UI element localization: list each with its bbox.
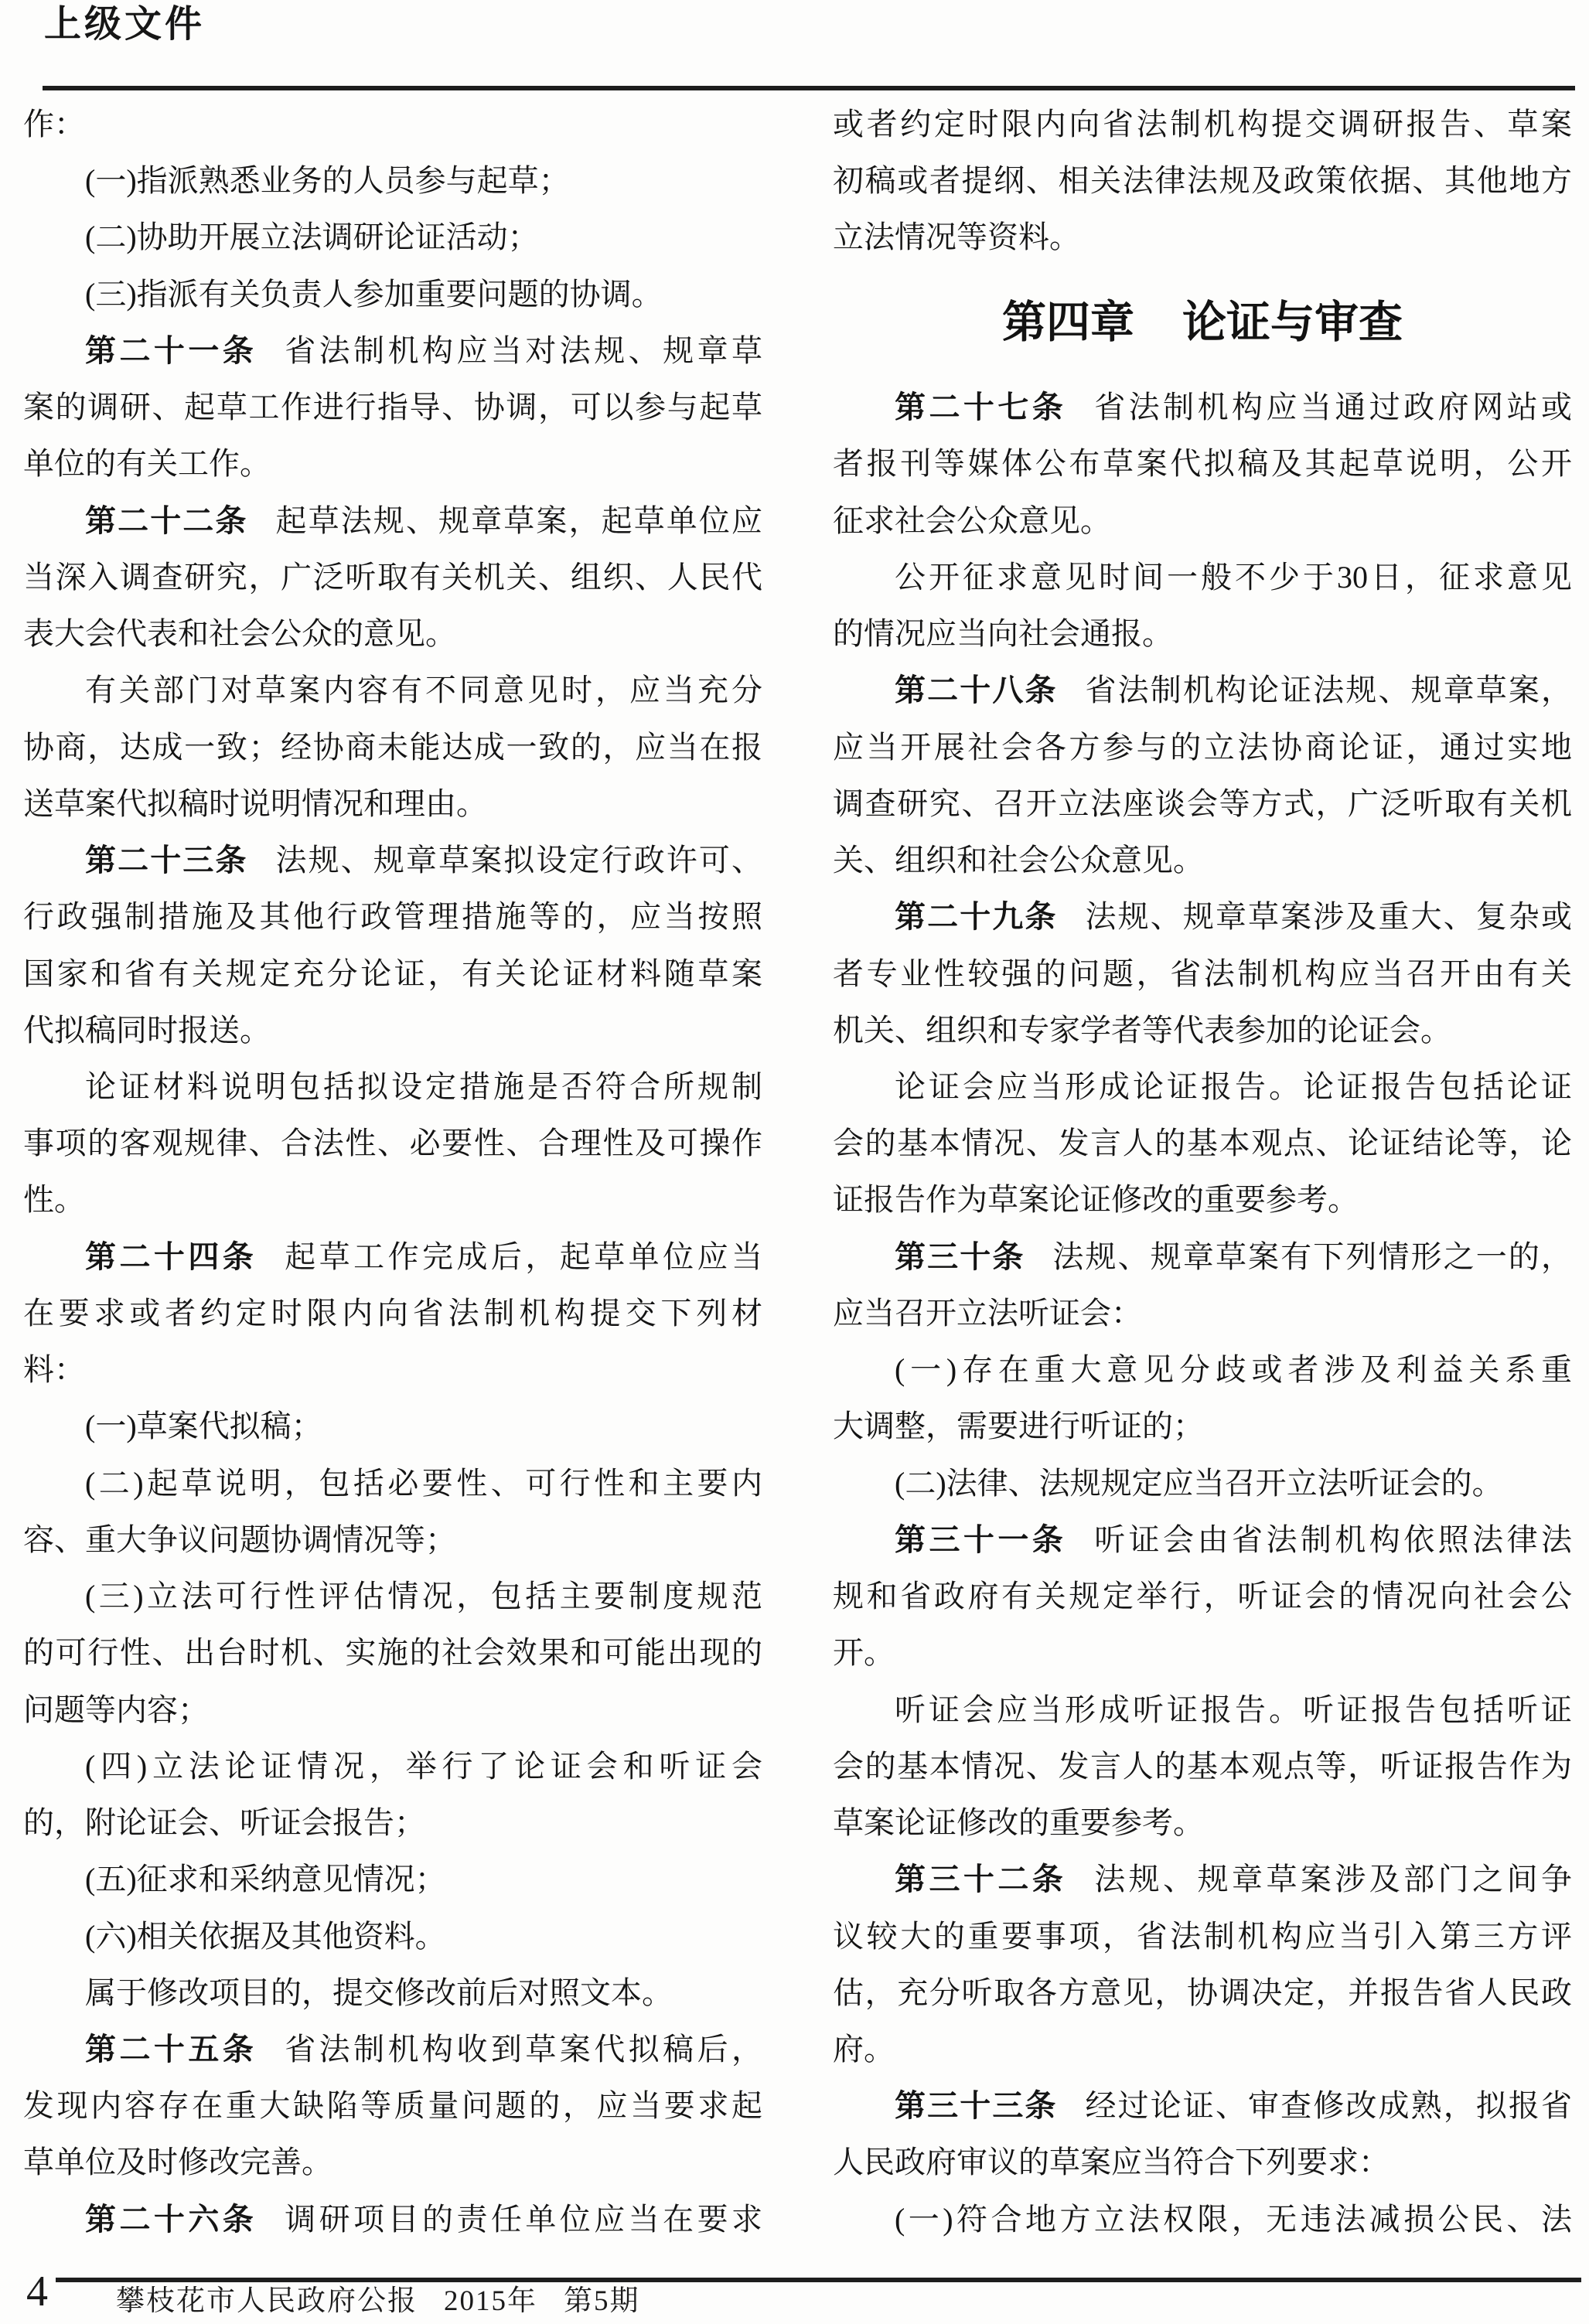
text-line: 开。 xyxy=(833,1624,1572,1681)
line-text: 会的基本情况、发言人的基本观点等，听证报告作为 xyxy=(833,1749,1572,1784)
line-text: (一)符合地方立法权限，无违法减损公民、法 xyxy=(895,2202,1572,2237)
line-text: 者专业性较强的问题，省法制机构应当召开由有关 xyxy=(833,956,1572,991)
text-line: 料： xyxy=(23,1341,762,1398)
left-column: 作：(一)指派熟悉业务的人员参与起草；(二)协助开展立法调研论证活动；(三)指派… xyxy=(23,96,762,2247)
line-text: 论证会应当形成论证报告。论证报告包括论证 xyxy=(895,1069,1572,1104)
line-text: 应当召开立法听证会： xyxy=(833,1296,1142,1331)
article-number: 第三十二条 xyxy=(895,1862,1094,1896)
article-number: 第三十条 xyxy=(895,1240,1052,1274)
line-text: 大调整，需要进行听证的； xyxy=(833,1409,1204,1443)
line-text: 征求社会公众意见。 xyxy=(833,503,1111,538)
line-text: 有关部门对草案内容有不同意见时，应当充分 xyxy=(85,673,762,707)
text-line: 草单位及时修改完善。 xyxy=(23,2134,762,2190)
line-text: 作： xyxy=(23,107,85,141)
text-line: 案的调研、起草工作进行指导、协调，可以参与起草 xyxy=(23,379,762,435)
line-text: 容、重大争议问题协调情况等； xyxy=(23,1522,456,1557)
article-number: 第二十四条 xyxy=(85,1240,285,1274)
text-line: 第三十条法规、规章草案有下列情形之一的， xyxy=(833,1228,1572,1285)
page-header-title: 上级文件 xyxy=(44,5,205,46)
text-line: 应当召开立法听证会： xyxy=(833,1285,1572,1341)
text-line: (二)协助开展立法调研论证活动； xyxy=(23,209,762,265)
text-line: 草案论证修改的重要参考。 xyxy=(833,1794,1572,1851)
text-line: 第二十五条省法制机构收到草案代拟稿后， xyxy=(23,2021,762,2077)
line-text: 发现内容存在重大缺陷等质量问题的，应当要求起 xyxy=(23,2088,762,2123)
text-line: 机关、组织和专家学者等代表参加的论证会。 xyxy=(833,1002,1572,1058)
footer-year: 2015年 xyxy=(444,2285,537,2317)
line-text: 案的调研、起草工作进行指导、协调，可以参与起草 xyxy=(23,390,762,424)
text-line: 大调整，需要进行听证的； xyxy=(833,1398,1572,1454)
text-line: 的，附论证会、听证会报告； xyxy=(23,1794,762,1851)
line-text: 开。 xyxy=(833,1635,895,1670)
line-text: 初稿或者提纲、相关法律法规及政策依据、其他地方 xyxy=(833,163,1572,198)
line-text: 关、组织和社会公众意见。 xyxy=(833,843,1204,877)
right-column: 或者约定时限内向省法制机构提交调研报告、草案初稿或者提纲、相关法律法规及政策依据… xyxy=(833,96,1572,2247)
text-line: 当深入调查研究，广泛听取有关机关、组织、人民代 xyxy=(23,549,762,605)
line-text: 调研项目的责任单位应当在要求 xyxy=(285,2202,762,2237)
footer-publication-name: 攀枝花市人民政府公报 xyxy=(116,2285,418,2317)
line-text: 性。 xyxy=(23,1182,85,1217)
text-line: 第二十四条起草工作完成后，起草单位应当 xyxy=(23,1228,762,1285)
text-line: 者专业性较强的问题，省法制机构应当召开由有关 xyxy=(833,946,1572,1002)
line-text: (三)指派有关负责人参加重要问题的协调。 xyxy=(85,277,663,312)
line-text: 草单位及时修改完善。 xyxy=(23,2145,332,2179)
header-rule xyxy=(43,86,1575,90)
line-text: 草案论证修改的重要参考。 xyxy=(833,1805,1204,1840)
line-text: 问题等内容； xyxy=(23,1692,209,1727)
text-line: (一)草案代拟稿； xyxy=(23,1398,762,1454)
text-line: 证报告作为草案论证修改的重要参考。 xyxy=(833,1171,1572,1228)
text-line: 作： xyxy=(23,96,762,152)
line-text: 料： xyxy=(23,1352,85,1387)
text-line: (二)法律、法规规定应当召开立法听证会的。 xyxy=(833,1455,1572,1511)
text-line: 人民政府审议的草案应当符合下列要求： xyxy=(833,2134,1572,2190)
text-line: (五)征求和采纳意见情况； xyxy=(23,1851,762,1907)
line-text: 规和省政府有关规定举行，听证会的情况向社会公 xyxy=(833,1579,1572,1614)
text-line: (三)立法可行性评估情况，包括主要制度规范 xyxy=(23,1568,762,1624)
line-text: 省法制机构论证法规、规章草案， xyxy=(1086,673,1572,707)
text-line: 第三十三条经过论证、审查修改成熟，拟报省 xyxy=(833,2077,1572,2134)
chapter-heading: 第四章论证与审查 xyxy=(833,266,1572,380)
text-line: 府。 xyxy=(833,2021,1572,2077)
line-text: 起草法规、规章草案，起草单位应 xyxy=(276,503,762,538)
line-text: 立法情况等资料。 xyxy=(833,220,1080,254)
article-number: 第二十五条 xyxy=(85,2033,285,2067)
text-line: 第二十一条省法制机构应当对法规、规章草 xyxy=(23,322,762,379)
line-text: 法规、规章草案拟设定行政许可、 xyxy=(276,843,762,877)
text-line: (二)起草说明，包括必要性、可行性和主要内 xyxy=(23,1455,762,1511)
text-line: 估，充分听取各方意见，协调决定，并报告省人民政 xyxy=(833,1964,1572,2021)
line-text: 协商，达成一致；经协商未能达成一致的，应当在报 xyxy=(23,730,762,765)
line-text: 听证会由省法制机构依照法律法 xyxy=(1094,1522,1572,1557)
line-text: (二)起草说明，包括必要性、可行性和主要内 xyxy=(85,1466,762,1501)
line-text: (一)指派熟悉业务的人员参与起草； xyxy=(85,163,570,198)
line-text: (一)存在重大意见分歧或者涉及利益关系重 xyxy=(895,1352,1572,1387)
line-text: 当深入调查研究，广泛听取有关机关、组织、人民代 xyxy=(23,560,762,595)
text-line: 立法情况等资料。 xyxy=(833,209,1572,265)
line-text: 送草案代拟稿时说明情况和理由。 xyxy=(23,786,487,821)
text-line: 第二十二条起草法规、规章草案，起草单位应 xyxy=(23,492,762,549)
text-line: (一)符合地方立法权限，无违法减损公民、法 xyxy=(833,2191,1572,2247)
text-line: (一)指派熟悉业务的人员参与起草； xyxy=(23,152,762,209)
text-line: 第二十六条调研项目的责任单位应当在要求 xyxy=(23,2191,762,2247)
text-line: 规和省政府有关规定举行，听证会的情况向社会公 xyxy=(833,1568,1572,1624)
line-text: 机关、组织和专家学者等代表参加的论证会。 xyxy=(833,1013,1451,1048)
line-text: 的可行性、出台时机、实施的社会效果和可能出现的 xyxy=(23,1635,762,1670)
text-line: 代拟稿同时报送。 xyxy=(23,1002,762,1058)
line-text: 在要求或者约定时限内向省法制机构提交下列材 xyxy=(23,1296,762,1331)
text-line: 发现内容存在重大缺陷等质量问题的，应当要求起 xyxy=(23,2077,762,2134)
text-line: (四)立法论证情况，举行了论证会和听证会 xyxy=(23,1738,762,1794)
line-text: 府。 xyxy=(833,2032,895,2067)
article-number: 第二十六条 xyxy=(85,2203,285,2237)
chapter-title: 论证与审查 xyxy=(1182,298,1403,347)
text-line: 表大会代表和社会公众的意见。 xyxy=(23,605,762,662)
text-line: 第二十九条法规、规章草案涉及重大、复杂或 xyxy=(833,888,1572,945)
line-text: 表大会代表和社会公众的意见。 xyxy=(23,616,456,651)
line-text: 属于修改项目的，提交修改前后对照文本。 xyxy=(85,1975,673,2010)
line-text: (二)法律、法规规定应当召开立法听证会的。 xyxy=(895,1466,1503,1501)
gazette-page: 上级文件 作：(一)指派熟悉业务的人员参与起草；(二)协助开展立法调研论证活动；… xyxy=(0,0,1589,2324)
text-line: 容、重大争议问题协调情况等； xyxy=(23,1511,762,1568)
line-text: 事项的客观规律、合法性、必要性、合理性及可操作 xyxy=(23,1126,762,1160)
line-text: 代拟稿同时报送。 xyxy=(23,1013,271,1048)
article-number: 第二十三条 xyxy=(85,843,276,877)
text-line: 在要求或者约定时限内向省法制机构提交下列材 xyxy=(23,1285,762,1341)
line-text: 国家和省有关规定充分论证，有关论证材料随草案 xyxy=(23,956,762,991)
text-line: 送草案代拟稿时说明情况和理由。 xyxy=(23,775,762,832)
text-line: 问题等内容； xyxy=(23,1682,762,1738)
text-line: 第二十八条省法制机构论证法规、规章草案， xyxy=(833,662,1572,718)
line-text: 人民政府审议的草案应当符合下列要求： xyxy=(833,2145,1390,2179)
text-line: 第二十七条省法制机构应当通过政府网站或 xyxy=(833,379,1572,435)
text-line: 单位的有关工作。 xyxy=(23,435,762,492)
line-text: 公开征求意见时间一般不少于30日，征求意见 xyxy=(895,560,1572,595)
text-line: 第二十三条法规、规章草案拟设定行政许可、 xyxy=(23,832,762,888)
line-text: 的，附论证会、听证会报告； xyxy=(23,1805,425,1840)
line-text: 议较大的重要事项，省法制机构应当引入第三方评 xyxy=(833,1919,1572,1954)
line-text: 会的基本情况、发言人的基本观点、论证结论等，论 xyxy=(833,1126,1572,1160)
text-line: 事项的客观规律、合法性、必要性、合理性及可操作 xyxy=(23,1115,762,1171)
line-text: 估，充分听取各方意见，协调决定，并报告省人民政 xyxy=(833,1975,1572,2010)
footer-publication-line: 攀枝花市人民政府公报2015年第5期 xyxy=(116,2282,640,2321)
text-line: 论证会应当形成论证报告。论证报告包括论证 xyxy=(833,1058,1572,1115)
line-text: 经过论证、审查修改成熟，拟报省 xyxy=(1086,2088,1572,2123)
text-line: 行政强制措施及其他行政管理措施等的，应当按照 xyxy=(23,888,762,945)
line-text: 调查研究、召开立法座谈会等方式，广泛听取有关机 xyxy=(833,786,1572,821)
line-text: 行政强制措施及其他行政管理措施等的，应当按照 xyxy=(23,899,762,934)
article-number: 第二十一条 xyxy=(85,334,285,368)
footer-page-number: 4 xyxy=(26,2270,48,2313)
text-line: 属于修改项目的，提交修改前后对照文本。 xyxy=(23,1964,762,2021)
line-text: 者报刊等媒体公布草案代拟稿及其起草说明，公开 xyxy=(833,446,1572,481)
text-line: 听证会应当形成听证报告。听证报告包括听证 xyxy=(833,1682,1572,1738)
line-text: (二)协助开展立法调研论证活动； xyxy=(85,220,539,254)
article-number: 第三十一条 xyxy=(895,1523,1094,1557)
text-line: 第三十二条法规、规章草案涉及部门之间争 xyxy=(833,1851,1572,1907)
line-text: 听证会应当形成听证报告。听证报告包括听证 xyxy=(895,1692,1572,1727)
text-line: 的情况应当向社会通报。 xyxy=(833,605,1572,662)
text-line: (三)指派有关负责人参加重要问题的协调。 xyxy=(23,266,762,322)
line-text: (六)相关依据及其他资料。 xyxy=(85,1919,446,1954)
text-line: 调查研究、召开立法座谈会等方式，广泛听取有关机 xyxy=(833,775,1572,832)
text-line: 应当开展社会各方参与的立法协商论证，通过实地 xyxy=(833,719,1572,775)
text-line: 有关部门对草案内容有不同意见时，应当充分 xyxy=(23,662,762,718)
line-text: 省法制机构应当对法规、规章草 xyxy=(285,333,762,368)
footer-issue: 第5期 xyxy=(564,2285,640,2317)
line-text: (一)草案代拟稿； xyxy=(85,1409,322,1443)
line-text: 省法制机构收到草案代拟稿后， xyxy=(285,2032,762,2067)
line-text: (四)立法论证情况，举行了论证会和听证会 xyxy=(85,1749,762,1784)
text-line: 议较大的重要事项，省法制机构应当引入第三方评 xyxy=(833,1908,1572,1964)
line-text: 法规、规章草案有下列情形之一的， xyxy=(1052,1239,1572,1274)
line-text: 证报告作为草案论证修改的重要参考。 xyxy=(833,1182,1359,1217)
text-line: (一)存在重大意见分歧或者涉及利益关系重 xyxy=(833,1341,1572,1398)
text-line: 论证材料说明包括拟设定措施是否符合所规制 xyxy=(23,1058,762,1115)
text-line: 性。 xyxy=(23,1171,762,1228)
article-number: 第二十九条 xyxy=(895,900,1086,934)
line-text: 论证材料说明包括拟设定措施是否符合所规制 xyxy=(85,1069,762,1104)
article-number: 第二十八条 xyxy=(895,673,1086,707)
text-line: 第三十一条听证会由省法制机构依照法律法 xyxy=(833,1511,1572,1568)
text-line: 者报刊等媒体公布草案代拟稿及其起草说明，公开 xyxy=(833,435,1572,492)
line-text: 起草工作完成后，起草单位应当 xyxy=(285,1239,762,1274)
article-number: 第二十二条 xyxy=(85,504,276,538)
chapter-number: 第四章 xyxy=(1002,298,1134,347)
text-line: 初稿或者提纲、相关法律法规及政策依据、其他地方 xyxy=(833,152,1572,209)
line-text: 或者约定时限内向省法制机构提交调研报告、草案 xyxy=(833,107,1572,141)
text-line: 或者约定时限内向省法制机构提交调研报告、草案 xyxy=(833,96,1572,152)
text-line: 会的基本情况、发言人的基本观点、论证结论等，论 xyxy=(833,1115,1572,1171)
text-line: 关、组织和社会公众意见。 xyxy=(833,832,1572,888)
text-line: (六)相关依据及其他资料。 xyxy=(23,1908,762,1964)
text-line: 协商，达成一致；经协商未能达成一致的，应当在报 xyxy=(23,719,762,775)
text-line: 的可行性、出台时机、实施的社会效果和可能出现的 xyxy=(23,1624,762,1681)
line-text: 法规、规章草案涉及重大、复杂或 xyxy=(1086,899,1572,934)
article-number: 第三十三条 xyxy=(895,2089,1086,2123)
text-line: 公开征求意见时间一般不少于30日，征求意见 xyxy=(833,549,1572,605)
line-text: (五)征求和采纳意见情况； xyxy=(85,1862,446,1896)
line-text: (三)立法可行性评估情况，包括主要制度规范 xyxy=(85,1579,762,1614)
line-text: 省法制机构应当通过政府网站或 xyxy=(1094,390,1572,424)
body-columns: 作：(一)指派熟悉业务的人员参与起草；(二)协助开展立法调研论证活动；(三)指派… xyxy=(23,96,1572,2247)
line-text: 单位的有关工作。 xyxy=(23,446,271,481)
line-text: 法规、规章草案涉及部门之间争 xyxy=(1094,1862,1572,1896)
text-line: 征求社会公众意见。 xyxy=(833,492,1572,549)
article-number: 第二十七条 xyxy=(895,390,1094,424)
text-line: 会的基本情况、发言人的基本观点等，听证报告作为 xyxy=(833,1738,1572,1794)
line-text: 应当开展社会各方参与的立法协商论证，通过实地 xyxy=(833,730,1572,765)
text-line: 国家和省有关规定充分论证，有关论证材料随草案 xyxy=(23,946,762,1002)
line-text: 的情况应当向社会通报。 xyxy=(833,616,1173,651)
